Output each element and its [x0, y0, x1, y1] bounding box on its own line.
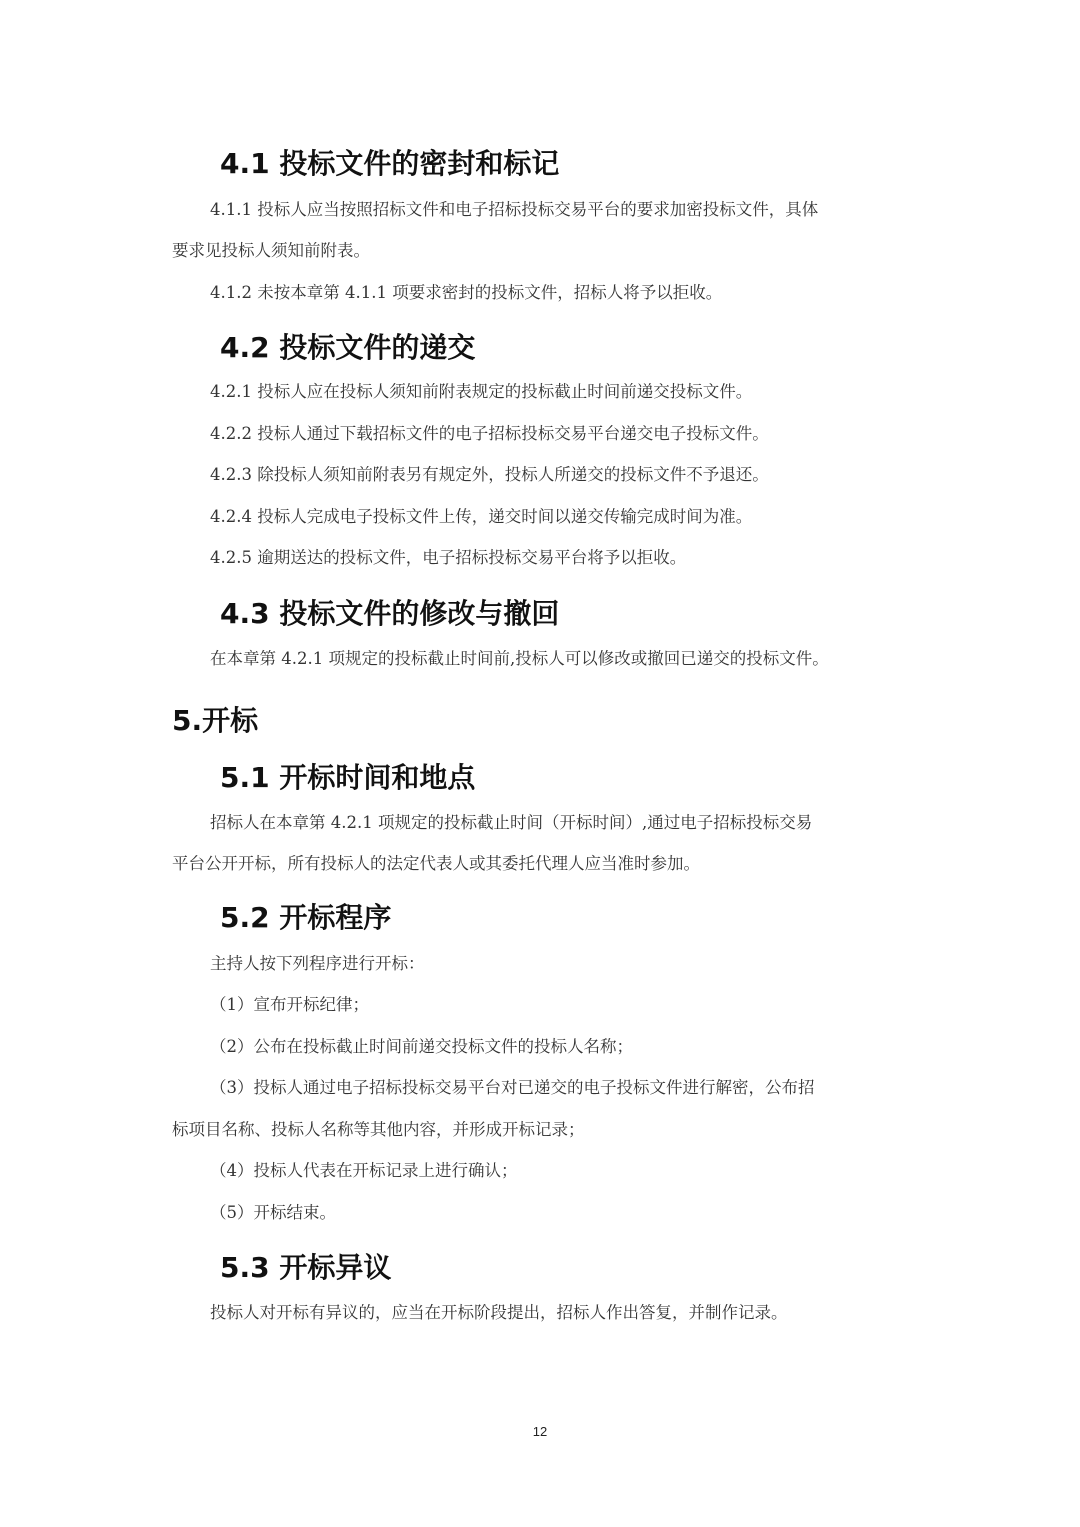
paragraph-5-1-line2: 平台公开开标，所有投标人的法定代表人或其委托代理人应当准时参加。 [172, 856, 700, 873]
page-number: 12 [0, 1424, 1080, 1439]
paragraph-4-1-2: 4.1.2 未按本章第 4.1.1 项要求密封的投标文件，招标人将予以拒收。 [210, 285, 722, 302]
paragraph-4-2-3: 4.2.3 除投标人须知前附表另有规定外，投标人所递交的投标文件不予退还。 [210, 467, 769, 484]
heading-4-2: 4.2 投标文件的递交 [220, 326, 475, 366]
paragraph-4-3: 在本章第 4.2.1 项规定的投标截止时间前,投标人可以修改或撤回已递交的投标文… [210, 651, 829, 668]
list-item-step-1: （1）宣布开标纪律； [210, 997, 369, 1014]
paragraph-4-2-5: 4.2.5 逾期送达的投标文件，电子招标投标交易平台将予以拒收。 [210, 550, 686, 567]
paragraph-4-1-1-line2: 要求见投标人须知前附表。 [172, 243, 370, 260]
paragraph-5-2-intro: 主持人按下列程序进行开标： [210, 956, 425, 973]
paragraph-4-1-1-line1: 4.1.1 投标人应当按照招标文件和电子招标投标交易平台的要求加密投标文件，具体 [210, 202, 818, 219]
heading-5-1: 5.1 开标时间和地点 [220, 756, 475, 796]
paragraph-5-3: 投标人对开标有异议的，应当在开标阶段提出，招标人作出答复，并制作记录。 [210, 1305, 788, 1322]
heading-4-3: 4.3 投标文件的修改与撤回 [220, 592, 559, 632]
list-item-step-4: （4）投标人代表在开标记录上进行确认； [210, 1163, 518, 1180]
list-item-step-3-line1: （3）投标人通过电子招标投标交易平台对已递交的电子投标文件进行解密，公布招 [210, 1080, 815, 1097]
heading-5-2: 5.2 开标程序 [220, 896, 391, 936]
heading-5-3: 5.3 开标异议 [220, 1246, 391, 1286]
paragraph-4-2-1: 4.2.1 投标人应在投标人须知前附表规定的投标截止时间前递交投标文件。 [210, 384, 752, 401]
paragraph-5-1-line1: 招标人在本章第 4.2.1 项规定的投标截止时间（开标时间）,通过电子招标投标交… [210, 815, 812, 832]
list-item-step-5: （5）开标结束。 [210, 1205, 336, 1222]
heading-4-1: 4.1 投标文件的密封和标记 [220, 142, 559, 182]
list-item-step-2: （2）公布在投标截止时间前递交投标文件的投标人名称； [210, 1039, 633, 1056]
heading-5: 5.开标 [172, 699, 258, 739]
document-page: 4.1 投标文件的密封和标记 4.1.1 投标人应当按照招标文件和电子招标投标交… [0, 0, 1080, 1527]
paragraph-4-2-2: 4.2.2 投标人通过下载招标文件的电子招标投标交易平台递交电子投标文件。 [210, 426, 769, 443]
list-item-step-3-line2: 标项目名称、投标人名称等其他内容，并形成开标记录； [172, 1122, 585, 1139]
paragraph-4-2-4: 4.2.4 投标人完成电子投标文件上传，递交时间以递交传输完成时间为准。 [210, 509, 752, 526]
